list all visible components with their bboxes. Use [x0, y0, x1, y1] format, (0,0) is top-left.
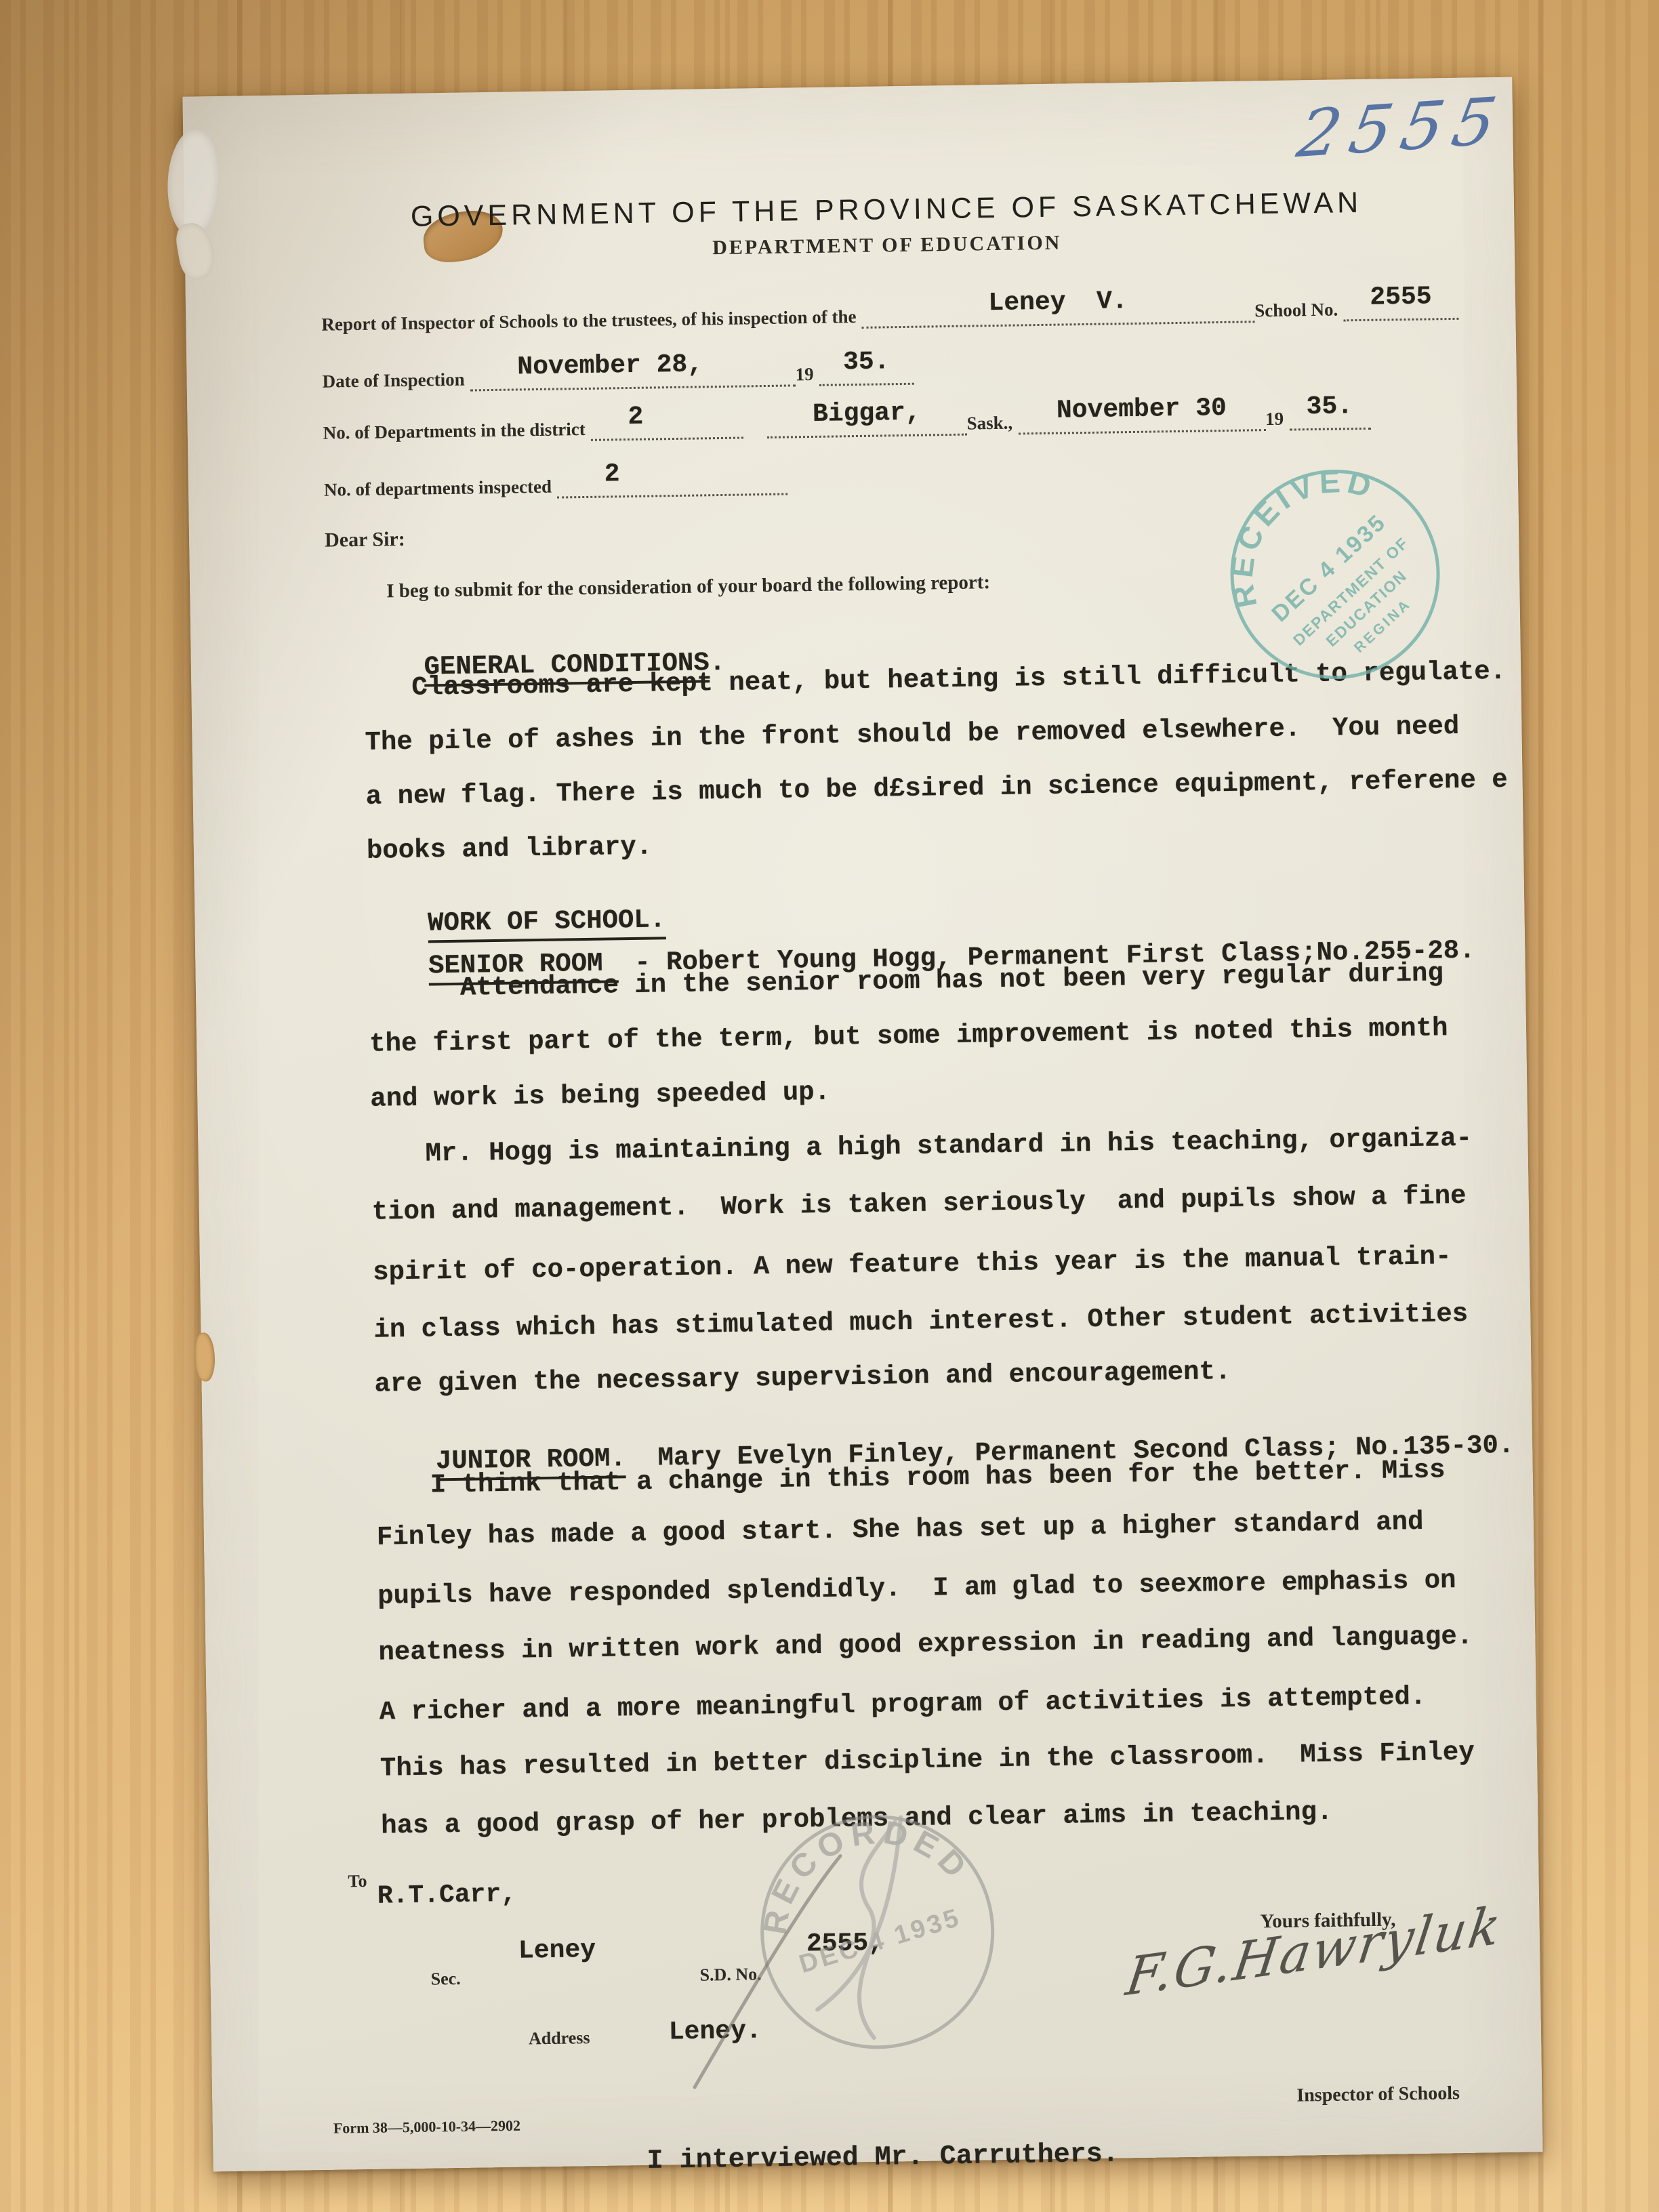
year-value: 35.	[819, 347, 914, 377]
place-field: Biggar,	[766, 405, 967, 438]
report-label: Report of Inspector of Schools to the tr…	[321, 306, 862, 337]
sd-no-value: 2555,	[806, 1929, 884, 1959]
address-label: Address	[529, 2028, 590, 2049]
typed-line: the first part of the term, but some imp…	[369, 1013, 1448, 1059]
form-number: Form 38—5,000-10-34—2902	[333, 2117, 521, 2137]
typed-line: A richer and a more meaningful program o…	[379, 1682, 1426, 1727]
salutation: Dear Sir:	[325, 528, 405, 552]
date-of-inspection-row: Date of Inspection November 28, 19 35.	[322, 354, 914, 394]
typed-line: has a good grasp of her problems and cle…	[381, 1797, 1333, 1841]
typed-line: Finley has made a good start. She has se…	[377, 1507, 1424, 1553]
svg-text:EDUCATION: EDUCATION	[1322, 567, 1410, 650]
to-label: To	[348, 1871, 367, 1891]
to-name: R.T.Carr,	[377, 1880, 517, 1911]
inspection-report-page: 2555 GOVERNMENT OF THE PROVINCE OF SASKA…	[182, 77, 1542, 2172]
typed-line: Mr. Hogg is maintaining a high standard …	[425, 1124, 1472, 1169]
svg-text:DEPARTMENT OF: DEPARTMENT OF	[1290, 533, 1412, 649]
intro-line: I beg to submit for the consideration of…	[386, 571, 990, 603]
svg-text:REGINA: REGINA	[1351, 596, 1414, 656]
inspected-field: 2	[557, 465, 788, 499]
school-name-value: Leney V.	[861, 285, 1254, 320]
year-prefix: 19	[795, 364, 819, 387]
sec-value: Leney	[518, 1935, 596, 1966]
date-label: Date of Inspection	[322, 369, 470, 393]
school-no-field: 2555	[1343, 289, 1459, 322]
svg-text:RECEIVED: RECEIVED	[1208, 447, 1392, 625]
typed-line: tion and management. Work is taken serio…	[372, 1181, 1467, 1227]
typed-line: and work is being speeded up.	[370, 1078, 830, 1114]
departments-field: 2	[590, 409, 743, 441]
address-value: Leney.	[669, 2016, 762, 2047]
handwritten-file-number: 2555	[1299, 88, 1504, 167]
inspected-label: No. of departments inspected	[324, 476, 557, 502]
date-field: November 28,	[470, 356, 796, 391]
typed-line: This has resulted in better discipline i…	[380, 1738, 1475, 1784]
inspected-value: 2	[556, 457, 787, 490]
year-value-2: 35.	[1289, 392, 1371, 422]
departments-label: No. of Departments in the district	[323, 419, 591, 445]
departments-row: No. of Departments in the district 2 Big…	[323, 399, 1370, 445]
typed-line: neatness in written work and good expres…	[378, 1622, 1473, 1668]
typed-line: in class which has stimulated much inter…	[373, 1299, 1468, 1345]
departments-value: 2	[590, 401, 743, 432]
typed-line: a new flag. There is much to be d£sired …	[365, 765, 1508, 812]
typed-line: pupils have responded splendidly. I am g…	[377, 1565, 1456, 1612]
left-edge-tear	[195, 1332, 215, 1381]
typed-line: books and library.	[367, 832, 653, 866]
report-of-inspector-row: Report of Inspector of Schools to the tr…	[321, 289, 1458, 337]
letter-date-value: November 30	[1018, 393, 1266, 426]
place-value: Biggar,	[766, 398, 967, 430]
sec-label: Sec.	[430, 1969, 460, 1990]
received-stamp-date: DEC 4 1935	[1267, 509, 1391, 627]
sask-label: Sask.,	[966, 412, 1018, 435]
inspected-row: No. of departments inspected 2	[324, 465, 788, 502]
signature-title: Inspector of Schools	[1296, 2083, 1460, 2107]
year-field-2: 35.	[1289, 399, 1371, 431]
typed-line: The pile of ashes in the front should be…	[365, 712, 1459, 758]
year-prefix-2: 19	[1265, 409, 1289, 432]
year-field: 35.	[819, 354, 914, 386]
sd-no-label: S.D. No.	[699, 1964, 761, 1985]
postscript: I interviewed Mr. Carruthers.	[647, 2139, 1119, 2177]
school-name-field: Leney V.	[861, 292, 1254, 329]
typed-line: are given the necessary supervision and …	[374, 1357, 1231, 1399]
school-no-value: 2555	[1343, 282, 1459, 313]
school-no-label: School No.	[1254, 299, 1344, 323]
date-value: November 28,	[470, 348, 796, 382]
typed-line: spirit of co-operation. A new feature th…	[373, 1242, 1452, 1288]
letter-date-field: November 30	[1018, 401, 1266, 434]
